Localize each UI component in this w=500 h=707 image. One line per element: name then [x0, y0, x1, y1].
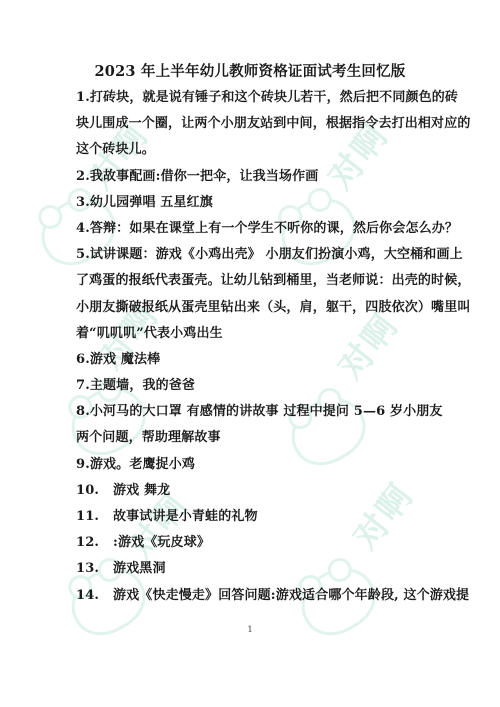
list-item: 9.游戏。老鹰捉小鸡 [76, 455, 426, 481]
list-item: 14.游戏《快走慢走》回答问题:游戏适合哪个年龄段, 这个游戏提 [76, 586, 426, 612]
item-number: 11. [76, 507, 113, 527]
item-number: 2. [76, 167, 90, 187]
list-item: 6.游戏 魔法棒 [76, 350, 426, 376]
list-item-continuation: 小朋友撕破报纸从蛋壳里钻出来（头，肩，躯干，四肢依次）嘴里叫 [76, 298, 426, 324]
item-text: 这个砖块儿。 [76, 142, 155, 157]
item-number: 8. [76, 402, 90, 422]
document-title: 2023 年上半年幼儿教师资格证面试考生回忆版 [0, 60, 500, 81]
list-item: 12.:游戏《玩皮球》 [76, 533, 426, 559]
item-text: 答辩：如果在课堂上有一个学生不听你的课，然后你会怎么办？ [90, 221, 458, 236]
item-number: 14. [76, 586, 113, 606]
item-text: :游戏《玩皮球》 [113, 535, 210, 550]
list-item: 1.打砖块，就是说有锤子和这个砖块儿若干，然后把不同颜色的砖 [76, 88, 426, 114]
item-number: 4. [76, 219, 90, 239]
item-text: 试讲课题：游戏《小鸡出壳》 小朋友们扮演小鸡，大空桶和画上 [90, 247, 463, 262]
list-item: 8.小河马的大口罩 有感情的讲故事 过程中提问 5—6 岁小朋友 [76, 402, 426, 428]
list-item: 13.游戏黑洞 [76, 559, 426, 585]
list-item-continuation: 着“叽叽叽”代表小鸡出生 [76, 324, 426, 350]
list-item: 11.故事试讲是小青蛙的礼物 [76, 507, 426, 533]
item-number: 5. [76, 245, 90, 265]
list-item-continuation: 这个砖块儿。 [76, 140, 426, 166]
item-text: 着“叽叽叽”代表小鸡出生 [76, 326, 223, 341]
list-item: 10.游戏 舞龙 [76, 481, 426, 507]
page-number: 1 [0, 625, 500, 634]
item-text: 小朋友撕破报纸从蛋壳里钻出来（头，肩，躯干，四肢依次）嘴里叫 [76, 300, 471, 315]
list-item-continuation: 了鸡蛋的报纸代表蛋壳。让幼儿钻到桶里，当老师说：出壳的时候， [76, 271, 426, 297]
item-text: 游戏黑洞 [113, 561, 166, 576]
item-text: 主题墙，我的爸爸 [90, 378, 195, 393]
item-text: 我故事配画:借你一把伞，让我当场作画 [90, 169, 319, 184]
item-text: 打砖块，就是说有锤子和这个砖块儿若干，然后把不同颜色的砖 [90, 90, 458, 105]
item-text: 两个问题，帮助理解故事 [76, 430, 221, 445]
item-text: 游戏。老鹰捉小鸡 [90, 457, 195, 472]
item-text: 了鸡蛋的报纸代表蛋壳。让幼儿钻到桶里，当老师说：出壳的时候， [76, 273, 471, 288]
item-number: 6. [76, 350, 90, 370]
item-text: 游戏 舞龙 [113, 483, 170, 498]
item-text: 小河马的大口罩 有感情的讲故事 过程中提问 5—6 岁小朋友 [90, 404, 443, 419]
list-item: 5.试讲课题：游戏《小鸡出壳》 小朋友们扮演小鸡，大空桶和画上 [76, 245, 426, 271]
list-item: 7.主题墙，我的爸爸 [76, 376, 426, 402]
list-item: 4.答辩：如果在课堂上有一个学生不听你的课，然后你会怎么办？ [76, 219, 426, 245]
document-body: 1.打砖块，就是说有锤子和这个砖块儿若干，然后把不同颜色的砖 块儿围成一个圈，让… [76, 88, 426, 612]
item-text: 幼儿园弹唱 五星红旗 [90, 195, 213, 210]
item-number: 9. [76, 455, 90, 475]
item-number: 3. [76, 193, 90, 213]
item-text: 块儿围成一个圈，让两个小朋友站到中间，根据指令去打出相对应的 [76, 116, 471, 131]
list-item: 3.幼儿园弹唱 五星红旗 [76, 193, 426, 219]
item-number: 7. [76, 376, 90, 396]
item-text: 游戏《快走慢走》回答问题:游戏适合哪个年龄段, 这个游戏提 [113, 588, 469, 603]
list-item-continuation: 块儿围成一个圈，让两个小朋友站到中间，根据指令去打出相对应的 [76, 114, 426, 140]
item-number: 13. [76, 559, 113, 579]
item-number: 1. [76, 88, 90, 108]
item-text: 故事试讲是小青蛙的礼物 [113, 509, 258, 524]
item-number: 12. [76, 533, 113, 553]
item-text: 游戏 魔法棒 [90, 352, 160, 367]
list-item: 2.我故事配画:借你一把伞，让我当场作画 [76, 167, 426, 193]
list-item-continuation: 两个问题，帮助理解故事 [76, 428, 426, 454]
item-number: 10. [76, 481, 113, 501]
